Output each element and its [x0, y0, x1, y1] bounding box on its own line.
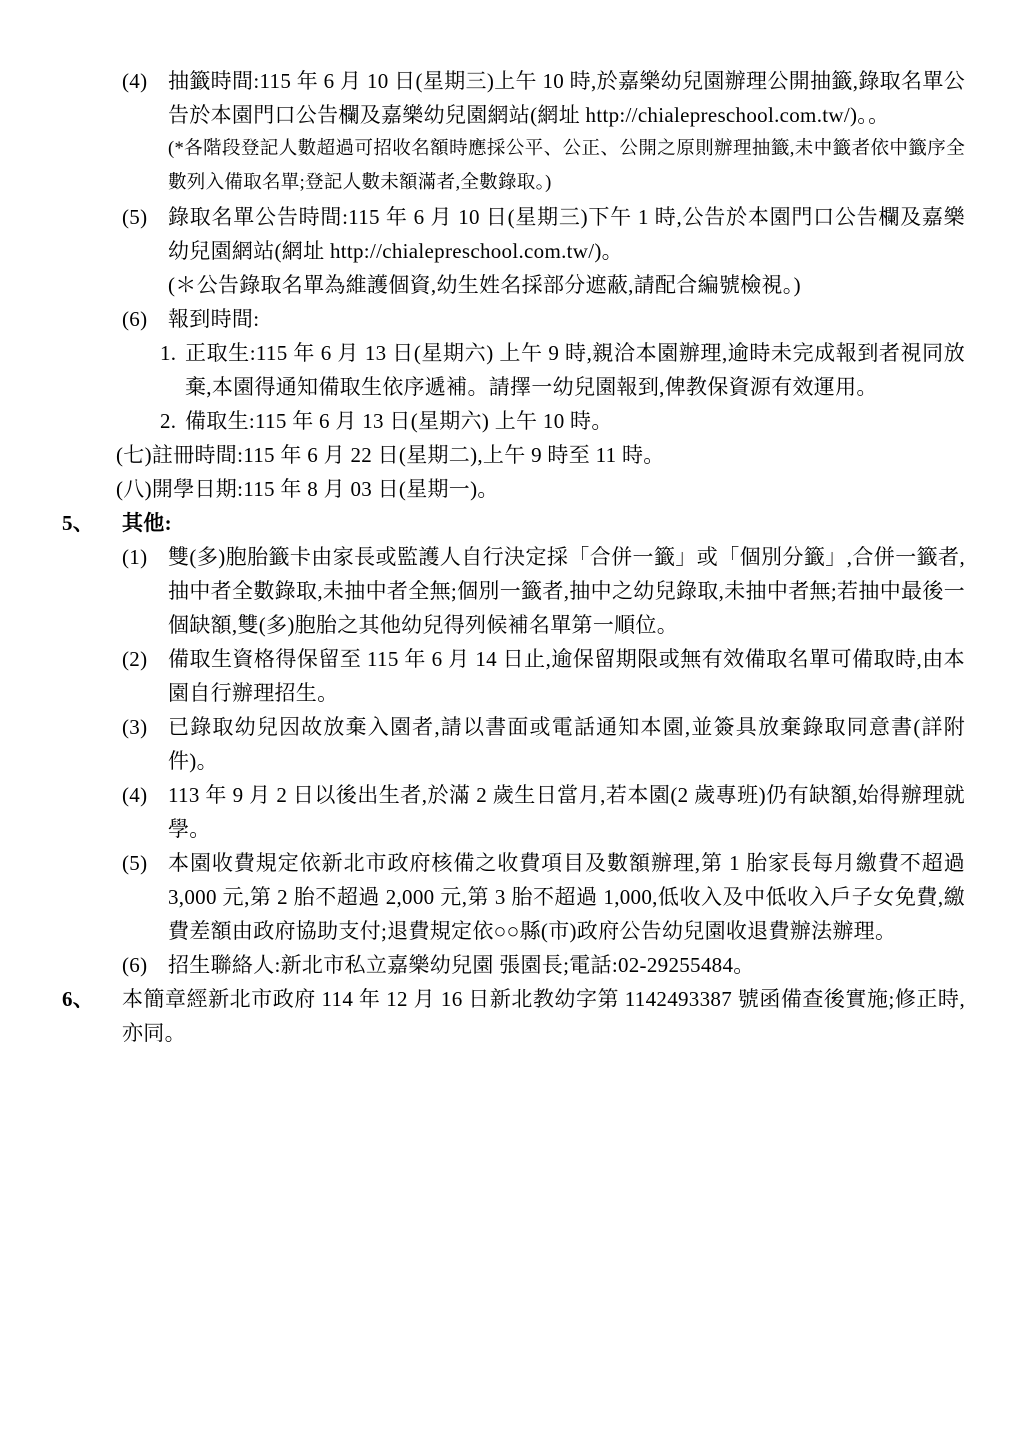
item-label: (5) [122, 200, 168, 268]
list-item: (七) 註冊時間:115 年 6 月 22 日(星期二),上午 9 時至 11 … [116, 438, 965, 472]
list-item: (1) 雙(多)胞胎籤卡由家長或監護人自行決定採「合併一籤」或「個別分籤」,合併… [122, 540, 965, 642]
item-label: (2) [122, 642, 168, 710]
section-heading: 5、 其他: [62, 506, 965, 540]
item-label: (5) [122, 846, 168, 948]
item-text: 報到時間: [168, 302, 965, 336]
sub-list-item: 1. 正取生:115 年 6 月 13 日(星期六) 上午 9 時,親洽本園辦理… [160, 336, 965, 404]
list-item: (5) 錄取名單公告時間:115 年 6 月 10 日(星期三)下午 1 時,公… [122, 200, 965, 268]
list-item: (3) 已錄取幼兒因故放棄入園者,請以書面或電話通知本園,並簽具放棄錄取同意書(… [122, 710, 965, 778]
item-label: (1) [122, 540, 168, 642]
item-text: 已錄取幼兒因故放棄入園者,請以書面或電話通知本園,並簽具放棄錄取同意書(詳附件)… [168, 710, 965, 778]
document-page: (4) 抽籤時間:115 年 6 月 10 日(星期三)上午 10 時,於嘉樂幼… [0, 0, 1024, 1448]
item-text: 錄取名單公告時間:115 年 6 月 10 日(星期三)下午 1 時,公告於本園… [168, 200, 965, 268]
item-label: (4) [122, 778, 168, 846]
item-text: 雙(多)胞胎籤卡由家長或監護人自行決定採「合併一籤」或「個別分籤」,合併一籤者,… [168, 540, 965, 642]
item-text: 113 年 9 月 2 日以後出生者,於滿 2 歲生日當月,若本園(2 歲專班)… [168, 778, 965, 846]
item-label: (4) [122, 64, 168, 132]
list-item: (4) 抽籤時間:115 年 6 月 10 日(星期三)上午 10 時,於嘉樂幼… [122, 64, 965, 132]
item-text: 本園收費規定依新北市政府核備之收費項目及數額辦理,第 1 胎家長每月繳費不超過 … [168, 846, 965, 948]
item-label: (3) [122, 710, 168, 778]
item-label: (八) [116, 472, 152, 506]
footnote-regular: (＊公告錄取名單為維護個資,幼生姓名採部分遮蔽,請配合編號檢視。) [168, 268, 965, 302]
list-item: (6) 招生聯絡人:新北市私立嘉樂幼兒園 張園長;電話:02-29255484。 [122, 948, 965, 982]
list-item: (6) 報到時間: [122, 302, 965, 336]
section-number: 5、 [62, 506, 122, 540]
footnote-small: (*各階段登記人數超過可招收名額時應採公平、公正、公開之原則辦理抽籤,未中籤者依… [168, 132, 965, 200]
sub-item-text: 備取生:115 年 6 月 13 日(星期六) 上午 10 時。 [185, 404, 965, 438]
list-item: (八) 開學日期:115 年 8 月 03 日(星期一)。 [116, 472, 965, 506]
item-text: 招生聯絡人:新北市私立嘉樂幼兒園 張園長;電話:02-29255484。 [168, 948, 965, 982]
item-text: 開學日期:115 年 8 月 03 日(星期一)。 [152, 472, 965, 506]
item-text: 註冊時間:115 年 6 月 22 日(星期二),上午 9 時至 11 時。 [152, 438, 965, 472]
item-text: 備取生資格得保留至 115 年 6 月 14 日止,逾保留期限或無有效備取名單可… [168, 642, 965, 710]
sub-item-text: 正取生:115 年 6 月 13 日(星期六) 上午 9 時,親洽本園辦理,逾時… [185, 336, 965, 404]
closing-item: 6、 本簡章經新北市政府 114 年 12 月 16 日新北教幼字第 11424… [62, 982, 965, 1050]
closing-text: 本簡章經新北市政府 114 年 12 月 16 日新北教幼字第 11424933… [122, 982, 965, 1050]
list-item: (2) 備取生資格得保留至 115 年 6 月 14 日止,逾保留期限或無有效備… [122, 642, 965, 710]
item-label: (6) [122, 302, 168, 336]
sub-item-label: 2. [160, 404, 185, 438]
item-text: 抽籤時間:115 年 6 月 10 日(星期三)上午 10 時,於嘉樂幼兒園辦理… [168, 64, 965, 132]
sub-item-label: 1. [160, 336, 185, 404]
sub-list-item: 2. 備取生:115 年 6 月 13 日(星期六) 上午 10 時。 [160, 404, 965, 438]
item-label: (七) [116, 438, 152, 472]
section-number: 6、 [62, 982, 122, 1050]
section-title: 其他: [122, 506, 965, 540]
item-label: (6) [122, 948, 168, 982]
list-item: (5) 本園收費規定依新北市政府核備之收費項目及數額辦理,第 1 胎家長每月繳費… [122, 846, 965, 948]
list-item: (4) 113 年 9 月 2 日以後出生者,於滿 2 歲生日當月,若本園(2 … [122, 778, 965, 846]
